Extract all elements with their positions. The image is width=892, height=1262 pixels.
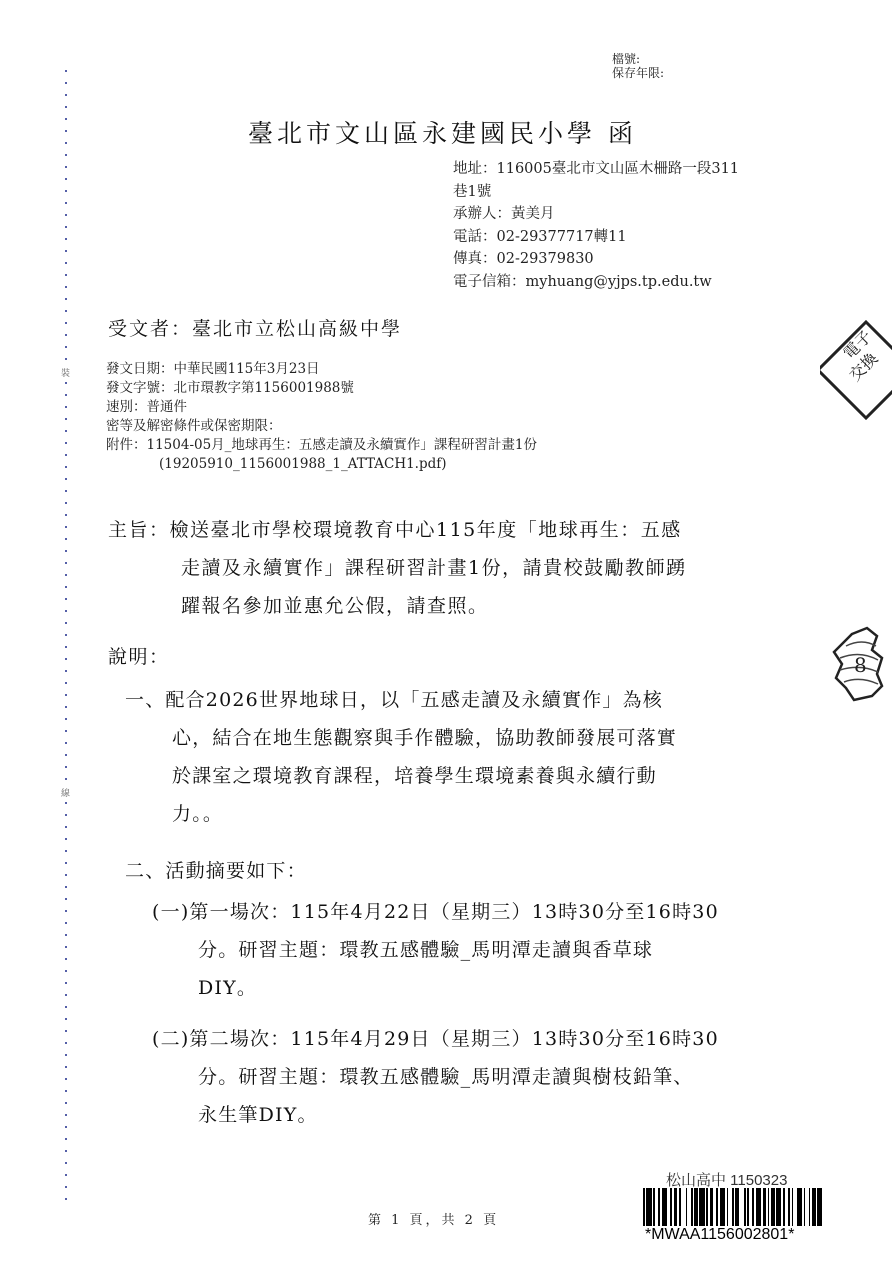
binding-dot: [65, 226, 67, 228]
address-line2: 巷1號: [453, 181, 739, 204]
barcode-text: *MWAA1156002801*: [645, 1226, 794, 1244]
binding-dot: [65, 346, 67, 348]
binding-dot: [65, 154, 67, 156]
email: 電子信箱：myhuang@yjps.tp.edu.tw: [453, 271, 739, 294]
binding-dot: [65, 214, 67, 216]
binding-dot: [65, 730, 67, 732]
binding-dot: [65, 598, 67, 600]
item1-line1: 一、配合2026世界地球日，以「五感走讀及永續實作」為核: [125, 681, 677, 719]
binding-dot: [65, 190, 67, 192]
binding-dot: [65, 490, 67, 492]
binding-dot: [65, 982, 67, 984]
binding-dot: [65, 1090, 67, 1092]
binding-dot: [65, 466, 67, 468]
binding-dot: [65, 742, 67, 744]
binding-dot: [65, 298, 67, 300]
binding-dot: [65, 502, 67, 504]
speed-class: 速別：普通件: [106, 398, 537, 417]
binding-dot: [65, 562, 67, 564]
document-title: 臺北市文山區永建國民小學 函: [248, 114, 637, 150]
explanation-heading: 說明：: [108, 642, 170, 669]
binding-dot: [65, 826, 67, 828]
binding-dot: [65, 394, 67, 396]
binding-dot: [65, 454, 67, 456]
file-number-label: 檔號:: [612, 52, 664, 66]
binding-dot: [65, 874, 67, 876]
binding-dot: [65, 1162, 67, 1164]
barcode-bar: [817, 1188, 822, 1226]
retention-label: 保存年限:: [612, 66, 664, 80]
binding-line: 裝線: [63, 70, 69, 1210]
binding-dot: [65, 994, 67, 996]
binding-dot: [65, 958, 67, 960]
binding-dot: [65, 898, 67, 900]
binding-dot: [65, 586, 67, 588]
binding-mark: 線: [61, 786, 70, 799]
attachment-file[interactable]: (19205910_1156001988_1_ATTACH1.pdf): [106, 455, 537, 474]
subject-line1: 主旨：檢送臺北市學校環境教育中心115年度「地球再生：五感: [108, 511, 687, 549]
binding-dot: [65, 202, 67, 204]
binding-dot: [65, 322, 67, 324]
electronic-exchange-seal-icon: 電子 交換: [820, 320, 892, 420]
binding-dot: [65, 814, 67, 816]
binding-dot: [65, 1102, 67, 1104]
binding-dot: [65, 718, 67, 720]
binding-dot: [65, 1150, 67, 1152]
phone: 電話：02-29377717轉11: [453, 226, 739, 249]
binding-dot: [65, 238, 67, 240]
binding-dot: [65, 382, 67, 384]
received-seal-icon: 8: [832, 624, 892, 704]
session-2: (二)第二場次：115年4月29日（星期三）13時30分至16時30 分。研習主…: [152, 1020, 719, 1134]
binding-dot: [65, 610, 67, 612]
session1-line1: (一)第一場次：115年4月22日（星期三）13時30分至16時30: [152, 893, 719, 931]
binding-dot: [65, 274, 67, 276]
binding-dot: [65, 670, 67, 672]
sender-info: 地址：116005臺北市文山區木柵路一段311 巷1號 承辦人：黃美月 電話：0…: [453, 158, 739, 293]
secrecy-level: 密等及解密條件或保密期限：: [106, 417, 537, 436]
binding-dot: [65, 850, 67, 852]
recipient: 受文者：臺北市立松山高級中學: [108, 314, 402, 341]
binding-mark: 裝: [61, 366, 70, 379]
handler: 承辦人：黃美月: [453, 203, 739, 226]
binding-dot: [65, 514, 67, 516]
session2-line1: (二)第二場次：115年4月29日（星期三）13時30分至16時30: [152, 1020, 719, 1058]
binding-dot: [65, 1114, 67, 1116]
binding-dot: [65, 442, 67, 444]
binding-dot: [65, 862, 67, 864]
binding-dot: [65, 94, 67, 96]
binding-dot: [65, 802, 67, 804]
item1-line4: 力。。: [125, 795, 677, 833]
binding-dot: [65, 106, 67, 108]
binding-dot: [65, 1198, 67, 1200]
binding-dot: [65, 886, 67, 888]
subject-line2: 走讀及永續實作」課程研習計畫1份，請貴校鼓勵教師踴: [108, 549, 687, 587]
binding-dot: [65, 1030, 67, 1032]
subject-line3: 躍報名參加並惠允公假，請查照。: [108, 587, 687, 625]
subject: 主旨：檢送臺北市學校環境教育中心115年度「地球再生：五感 走讀及永續實作」課程…: [108, 511, 687, 625]
binding-dot: [65, 418, 67, 420]
binding-dot: [65, 550, 67, 552]
binding-dot: [65, 358, 67, 360]
document-meta: 發文日期：中華民國115年3月23日 發文字號：北市環教字第1156001988…: [106, 360, 537, 474]
binding-dot: [65, 118, 67, 120]
item1-line3: 於課室之環境教育課程，培養學生環境素養與永續行動: [125, 757, 677, 795]
binding-dot: [65, 706, 67, 708]
session1-line3: DIY。: [152, 969, 719, 1007]
issue-date: 發文日期：中華民國115年3月23日: [106, 360, 537, 379]
binding-dot: [65, 682, 67, 684]
binding-dot: [65, 1066, 67, 1068]
binding-dot: [65, 754, 67, 756]
binding-dot: [65, 1186, 67, 1188]
session1-line2: 分。研習主題：環教五感體驗_馬明潭走讀與香草球: [152, 931, 719, 969]
binding-dot: [65, 70, 67, 72]
binding-dot: [65, 766, 67, 768]
file-info: 檔號: 保存年限:: [612, 52, 664, 80]
binding-dot: [65, 934, 67, 936]
binding-dot: [65, 694, 67, 696]
binding-dot: [65, 178, 67, 180]
binding-dot: [65, 82, 67, 84]
binding-dot: [65, 430, 67, 432]
binding-dot: [65, 250, 67, 252]
binding-dot: [65, 526, 67, 528]
binding-dot: [65, 1054, 67, 1056]
item1-line2: 心，結合在地生態觀察與手作體驗，協助教師發展可落實: [125, 719, 677, 757]
binding-dot: [65, 970, 67, 972]
binding-dot: [65, 538, 67, 540]
fax: 傳真：02-29379830: [453, 248, 739, 271]
address-line1: 地址：116005臺北市文山區木柵路一段311: [453, 158, 739, 181]
binding-dot: [65, 310, 67, 312]
binding-dot: [65, 130, 67, 132]
explanation-item-1: 一、配合2026世界地球日，以「五感走讀及永續實作」為核 心，結合在地生態觀察與…: [125, 681, 677, 833]
binding-dot: [65, 1018, 67, 1020]
binding-dot: [65, 646, 67, 648]
explanation-item-2-heading: 二、活動摘要如下：: [125, 852, 307, 890]
binding-dot: [65, 946, 67, 948]
binding-dot: [65, 838, 67, 840]
binding-dot: [65, 286, 67, 288]
binding-dot: [65, 778, 67, 780]
barcode: [643, 1188, 823, 1226]
attachment: 附件：11504-05月_地球再生：五感走讀及永續實作」課程研習計畫1份: [106, 436, 537, 455]
session2-line3: 永生筆DIY。: [152, 1096, 719, 1134]
session-1: (一)第一場次：115年4月22日（星期三）13時30分至16時30 分。研習主…: [152, 893, 719, 1007]
binding-dot: [65, 1006, 67, 1008]
binding-dot: [65, 658, 67, 660]
svg-text:8: 8: [854, 653, 867, 677]
binding-dot: [65, 1138, 67, 1140]
binding-dot: [65, 910, 67, 912]
binding-dot: [65, 1078, 67, 1080]
binding-dot: [65, 1174, 67, 1176]
document-number: 發文字號：北市環教字第1156001988號: [106, 379, 537, 398]
binding-dot: [65, 622, 67, 624]
received-stamp: 松山高中 1150323: [666, 1169, 787, 1190]
binding-dot: [65, 166, 67, 168]
binding-dot: [65, 1126, 67, 1128]
binding-dot: [65, 334, 67, 336]
binding-dot: [65, 478, 67, 480]
binding-dot: [65, 634, 67, 636]
binding-dot: [65, 142, 67, 144]
page-number: 第 1 頁，共 2 頁: [368, 1209, 499, 1228]
session2-line2: 分。研習主題：環教五感體驗_馬明潭走讀與樹枝鉛筆、: [152, 1058, 719, 1096]
binding-dot: [65, 922, 67, 924]
binding-dot: [65, 574, 67, 576]
binding-dot: [65, 1042, 67, 1044]
binding-dot: [65, 406, 67, 408]
binding-dot: [65, 262, 67, 264]
